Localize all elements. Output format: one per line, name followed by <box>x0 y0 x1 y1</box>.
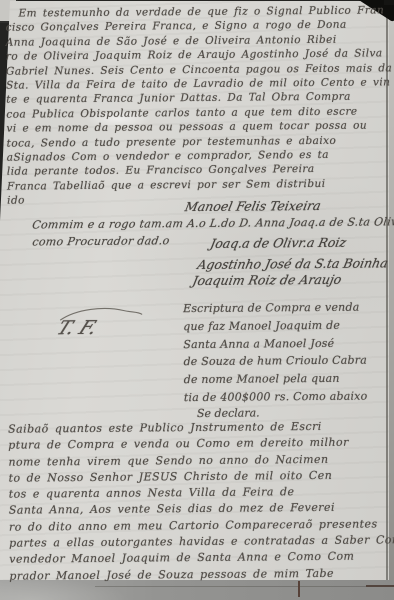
heading-closing-line: Se declara. <box>197 406 260 420</box>
rogo-note-line: Commim e a rogo tam.am A.o L.do D. Anna … <box>31 215 394 231</box>
heading-line: Santa Anna a Manoel José <box>183 334 367 353</box>
manuscript-line: vendedor Manoel Joaquim de Santa Anna e … <box>9 549 394 569</box>
paraph-initials: T. F. <box>53 316 149 339</box>
manuscript-line: prador Manoel José de Souza pessoas de m… <box>9 565 394 585</box>
heading-line: Escriptura de Compra e venda <box>183 299 367 318</box>
heading-line: tia de 400$000 rs. Como abaixo <box>184 388 368 407</box>
manuscript-line: ptura de Compra e venda ou Como em derei… <box>8 434 394 454</box>
signature-manoel-felis-teixeira: Manoel Felis Teixeira <box>184 198 323 214</box>
heading-line: de nome Manoel pela quan <box>184 370 368 389</box>
deed-body-paragraph: Saibaõ quantos este Publico Jnstrumento … <box>8 418 394 584</box>
heading-line: que faz Manoel Joaquim de <box>183 316 367 335</box>
signature-agostinho-jose: Agostinho José da S.ta Boinha <box>196 255 389 272</box>
scanned-manuscript-page: Em testemunho da verdade de que fiz o Si… <box>0 0 394 600</box>
procurador-note-line: como Procurador dad.o <box>32 234 171 248</box>
heading-line: de Souza de hum Crioulo Cabra <box>183 352 367 371</box>
deed-heading-block: Escriptura de Compra e venda que faz Man… <box>183 299 367 407</box>
notary-paraph: T. F. <box>58 306 144 339</box>
attestation-paragraph: Em testemunho da verdade de que fiz o Si… <box>5 3 393 208</box>
signature-joaqa-de-olivra-roiz: Joaq.a de Olivr.a Roiz <box>209 235 348 251</box>
signature-joaquim-roiz-de-araujo: Joaquim Roiz de Araujo <box>191 272 343 288</box>
handwriting-layer: Em testemunho da verdade de que fiz o Si… <box>0 0 394 600</box>
